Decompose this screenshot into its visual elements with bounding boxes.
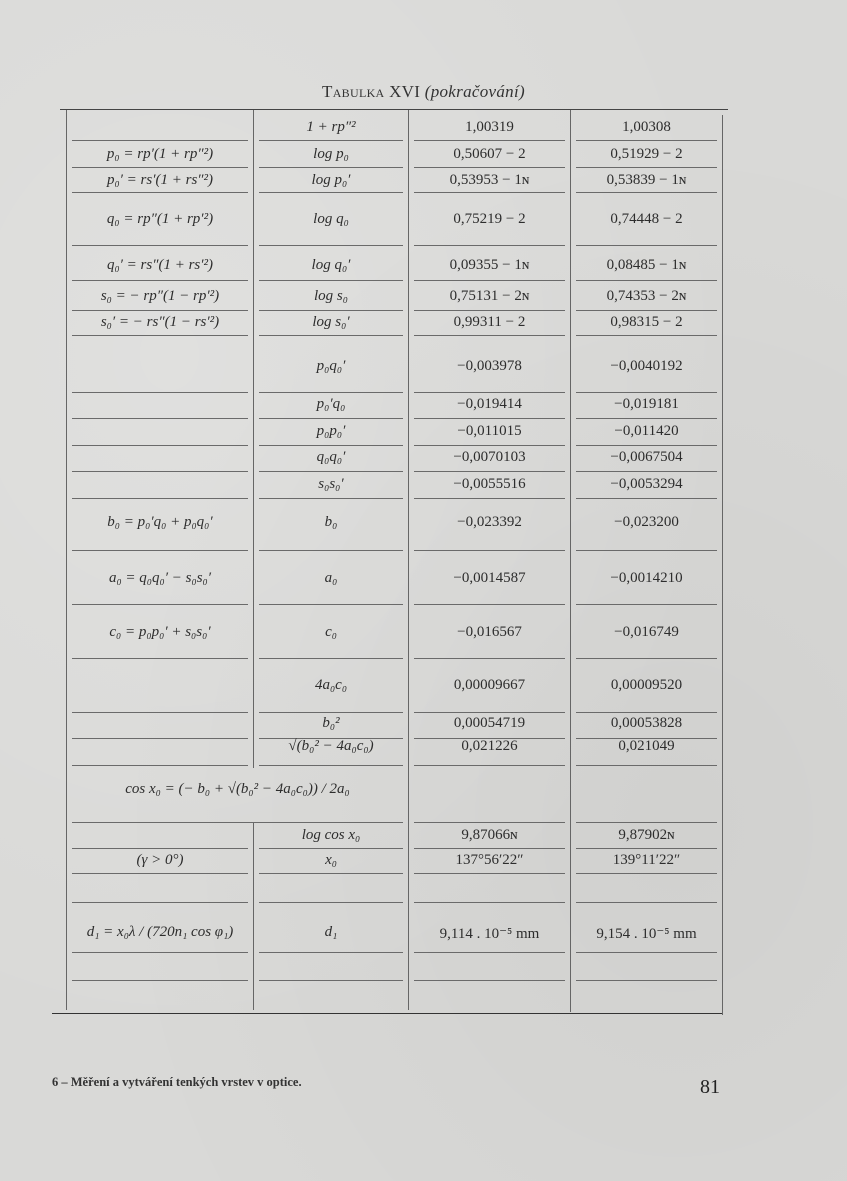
- table-cell-quantity: p₀p₀′: [257, 423, 405, 440]
- table-cell-col2: 9,87902ɴ: [574, 827, 719, 844]
- row-rule: [259, 140, 403, 141]
- table-cell-quantity: log q₀′: [257, 257, 405, 274]
- table-left-border: [66, 110, 67, 1010]
- column-divider-1: [253, 110, 254, 768]
- table-bottom-rule: [52, 1013, 722, 1014]
- row-rule: [414, 445, 565, 446]
- row-rule: [414, 280, 565, 281]
- table-cell-formula: (γ > 0°): [70, 852, 250, 869]
- row-rule: [414, 335, 565, 336]
- row-rule: [259, 310, 403, 311]
- row-rule: [72, 335, 248, 336]
- table-cell-quantity: 4a₀c₀: [257, 677, 405, 694]
- table-cell-col2: −0,023200: [574, 514, 719, 531]
- table-cell-formula: q₀′ = rs″(1 + rs′²): [70, 257, 250, 274]
- table-cell-formula: s₀ = − rp″(1 − rp′²): [70, 288, 250, 305]
- row-rule: [576, 392, 717, 393]
- table-title-continuation: (pokračování): [425, 82, 525, 101]
- row-rule: [414, 604, 565, 605]
- row-rule: [72, 738, 248, 739]
- table-cell-col1: −0,0070103: [412, 449, 567, 466]
- table-cell-quantity: b₀²: [257, 715, 405, 732]
- row-rule: [414, 471, 565, 472]
- table-cell-col2: 0,74353 − 2ɴ: [574, 288, 719, 305]
- table-cell-col1: −0,0014587: [412, 570, 567, 587]
- table-cell-quantity: q₀q₀′: [257, 449, 405, 466]
- table-cell-col1: 0,50607 − 2: [412, 146, 567, 163]
- table-cell-quantity: d₁: [257, 924, 405, 941]
- row-rule: [72, 445, 248, 446]
- row-rule: [576, 140, 717, 141]
- row-rule: [576, 765, 717, 766]
- row-rule: [72, 658, 248, 659]
- table-cell-quantity: c₀: [257, 624, 405, 641]
- row-rule: [72, 952, 248, 953]
- table-cell-quantity: √(b₀² − 4a₀c₀): [257, 738, 405, 755]
- row-rule: [72, 712, 248, 713]
- table-cell-col1: −0,003978: [412, 358, 567, 375]
- row-rule: [414, 550, 565, 551]
- table-cell-col2: −0,0053294: [574, 476, 719, 493]
- table-cell-col1: −0,011015: [412, 423, 567, 440]
- column-divider-1b: [253, 822, 254, 1010]
- table-cell-col1: 0,53953 − 1ɴ: [412, 172, 567, 189]
- row-rule: [414, 392, 565, 393]
- table-cell-quantity: 1 + rp″²: [257, 119, 405, 136]
- row-rule: [72, 980, 248, 981]
- table-cell-col2: −0,019181: [574, 396, 719, 413]
- row-rule: [72, 392, 248, 393]
- table-cell-col1: 0,75219 − 2: [412, 211, 567, 228]
- table-cell-col2: −0,016749: [574, 624, 719, 641]
- row-rule: [72, 167, 248, 168]
- table-cell-formula: q₀ = rp″(1 + rp′²): [70, 211, 250, 228]
- row-rule: [259, 335, 403, 336]
- row-rule: [576, 604, 717, 605]
- page-number: 81: [700, 1076, 720, 1099]
- row-rule: [72, 418, 248, 419]
- table-cell-quantity: log q₀: [257, 211, 405, 228]
- table-cell-col1: 9,114 . 10⁻⁵ mm: [412, 924, 567, 943]
- row-rule: [259, 550, 403, 551]
- row-rule: [72, 550, 248, 551]
- table-cell-col1: 0,09355 − 1ɴ: [412, 257, 567, 274]
- table-cell-formula: s₀′ = − rs″(1 − rs′²): [70, 314, 250, 331]
- row-rule: [576, 873, 717, 874]
- row-rule: [414, 192, 565, 193]
- row-rule: [72, 310, 248, 311]
- table-cell-col2: 0,98315 − 2: [574, 314, 719, 331]
- row-rule: [414, 980, 565, 981]
- row-rule: [72, 873, 248, 874]
- table-cell-col1: 0,00009667: [412, 677, 567, 694]
- row-rule: [576, 952, 717, 953]
- row-rule: [576, 310, 717, 311]
- table-cell-quantity: log cos x₀: [257, 827, 405, 844]
- row-rule: [576, 245, 717, 246]
- row-rule: [414, 822, 565, 823]
- row-rule: [72, 498, 248, 499]
- table-cell-formula: p₀′ = rs′(1 + rs″²): [70, 172, 250, 189]
- table-title: Tabulka XVI (pokračování): [0, 82, 847, 102]
- table-cell-quantity: s₀s₀′: [257, 476, 405, 493]
- row-rule: [414, 418, 565, 419]
- table-cell-col2: 0,00053828: [574, 715, 719, 732]
- row-rule: [72, 140, 248, 141]
- table-cell-quantity: a₀: [257, 570, 405, 587]
- row-rule: [414, 167, 565, 168]
- row-rule: [576, 167, 717, 168]
- row-rule: [259, 902, 403, 903]
- table-cell-formula: d₁ = x₀λ / (720n₁ cos φ₁): [70, 924, 250, 941]
- row-rule: [576, 471, 717, 472]
- table-cell-col1: −0,016567: [412, 624, 567, 641]
- row-rule: [576, 445, 717, 446]
- table-cell-quantity: log p₀′: [257, 172, 405, 189]
- table-cell-quantity: p₀q₀′: [257, 358, 405, 375]
- table-cell-col2: 0,00009520: [574, 677, 719, 694]
- row-rule: [72, 192, 248, 193]
- row-rule: [414, 658, 565, 659]
- row-rule: [414, 765, 565, 766]
- row-rule: [72, 280, 248, 281]
- table-cell-col2: 139°11′22″: [574, 852, 719, 869]
- row-rule: [72, 822, 403, 823]
- table-cell-col1: 9,87066ɴ: [412, 827, 567, 844]
- row-rule: [414, 712, 565, 713]
- table-cell-col1: 137°56′22″: [412, 852, 567, 869]
- row-rule: [259, 848, 403, 849]
- table-cell-formula: b₀ = p₀′q₀ + p₀q₀′: [70, 514, 250, 531]
- row-rule: [259, 765, 403, 766]
- row-rule: [414, 245, 565, 246]
- row-rule: [259, 952, 403, 953]
- table-cell-quantity: x₀: [257, 852, 405, 869]
- table-cell-col2: 0,51929 − 2: [574, 146, 719, 163]
- row-rule: [72, 765, 248, 766]
- row-rule: [576, 980, 717, 981]
- table-cell-col1: −0,019414: [412, 396, 567, 413]
- table-cell-col2: −0,0067504: [574, 449, 719, 466]
- table-cell-col2: 0,74448 − 2: [574, 211, 719, 228]
- row-rule: [576, 712, 717, 713]
- row-rule: [576, 418, 717, 419]
- table-cell-quantity: p₀′q₀: [257, 396, 405, 413]
- row-rule: [576, 550, 717, 551]
- row-rule: [259, 712, 403, 713]
- footer-chapter-note: 6 – Měření a vytváření tenkých vrstev v …: [52, 1075, 302, 1090]
- table-cell-col2: 0,021049: [574, 738, 719, 755]
- column-divider-3: [570, 110, 571, 1012]
- table-cell-formula: p₀ = rp′(1 + rp″²): [70, 146, 250, 163]
- row-rule: [576, 658, 717, 659]
- row-rule: [259, 418, 403, 419]
- row-rule: [72, 604, 248, 605]
- row-rule: [259, 245, 403, 246]
- table-cell-formula: c₀ = p₀p₀′ + s₀s₀′: [70, 624, 250, 641]
- row-rule: [259, 873, 403, 874]
- row-rule: [576, 280, 717, 281]
- row-rule: [259, 280, 403, 281]
- column-divider-2: [408, 110, 409, 1010]
- table-cell-col2: 0,53839 − 1ɴ: [574, 172, 719, 189]
- row-rule: [414, 310, 565, 311]
- row-rule: [259, 658, 403, 659]
- table-cell-col2: 9,154 . 10⁻⁵ mm: [574, 924, 719, 943]
- table-title-label: Tabulka XVI: [322, 82, 420, 101]
- table-cell-col1: 0,75131 − 2ɴ: [412, 288, 567, 305]
- row-rule: [72, 848, 248, 849]
- table-cell-col1: −0,0055516: [412, 476, 567, 493]
- row-rule: [259, 392, 403, 393]
- row-rule: [259, 471, 403, 472]
- row-rule: [414, 498, 565, 499]
- table-cell-col2: −0,0040192: [574, 358, 719, 375]
- table-cell-col1: 0,021226: [412, 738, 567, 755]
- row-rule: [576, 902, 717, 903]
- table-cell-quantity: log s₀′: [257, 314, 405, 331]
- row-rule: [576, 192, 717, 193]
- row-rule: [72, 902, 248, 903]
- row-rule: [259, 980, 403, 981]
- row-rule: [414, 848, 565, 849]
- row-rule: [576, 848, 717, 849]
- row-rule: [414, 140, 565, 141]
- row-rule: [414, 952, 565, 953]
- table-cell-col1: 1,00319: [412, 119, 567, 136]
- table-cell-col1: −0,023392: [412, 514, 567, 531]
- row-rule: [576, 822, 717, 823]
- row-rule: [576, 335, 717, 336]
- table-cell-col2: 0,08485 − 1ɴ: [574, 257, 719, 274]
- table-cell-quantity: log s₀: [257, 288, 405, 305]
- table-cell-quantity: log p₀: [257, 146, 405, 163]
- table-cell-col1: 0,00054719: [412, 715, 567, 732]
- row-rule: [414, 902, 565, 903]
- row-rule: [72, 245, 248, 246]
- row-rule: [576, 498, 717, 499]
- table-cell-formula: cos x₀ = (− b₀ + √(b₀² − 4a₀c₀)) / 2a₀: [70, 781, 405, 798]
- table-cell-quantity: b₀: [257, 514, 405, 531]
- table-cell-col2: −0,011420: [574, 423, 719, 440]
- table-cell-col1: 0,99311 − 2: [412, 314, 567, 331]
- row-rule: [259, 445, 403, 446]
- table-top-rule: [60, 109, 728, 110]
- table-cell-col2: −0,0014210: [574, 570, 719, 587]
- row-rule: [72, 471, 248, 472]
- table-cell-col2: 1,00308: [574, 119, 719, 136]
- row-rule: [259, 604, 403, 605]
- row-rule: [414, 873, 565, 874]
- row-rule: [259, 192, 403, 193]
- table-cell-formula: a₀ = q₀q₀′ − s₀s₀′: [70, 570, 250, 587]
- table-right-border: [722, 115, 723, 1015]
- row-rule: [259, 167, 403, 168]
- row-rule: [259, 498, 403, 499]
